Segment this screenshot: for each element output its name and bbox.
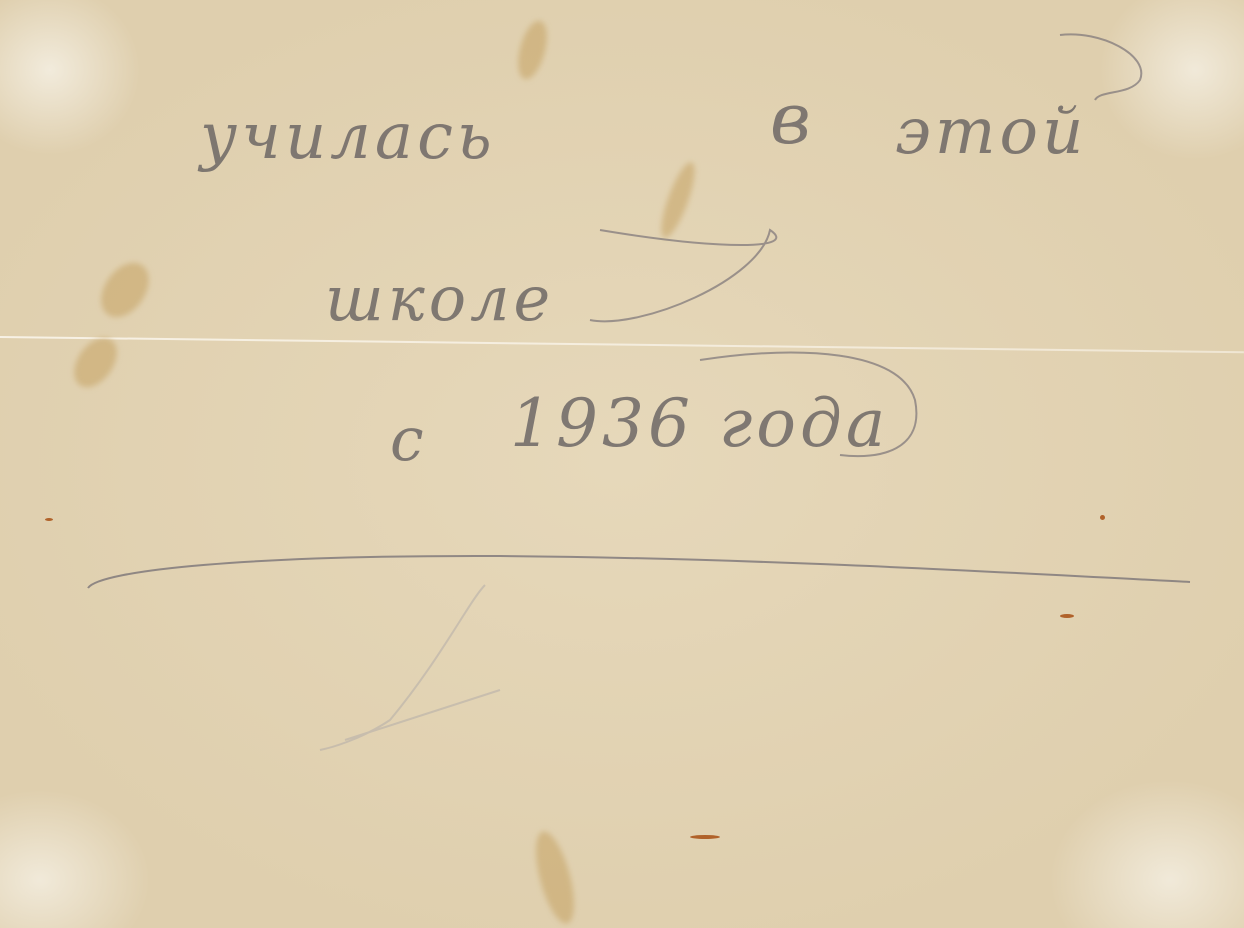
- document-paper: училась в этой школе с 1936 года: [0, 0, 1244, 928]
- handwritten-word: в: [770, 78, 815, 160]
- handwritten-word: этой: [895, 95, 1087, 169]
- handwritten-word: школе: [325, 262, 554, 335]
- handwritten-year: 1936 года: [510, 385, 889, 462]
- handwritten-word: с: [390, 405, 428, 475]
- handwritten-word: училась: [200, 100, 496, 174]
